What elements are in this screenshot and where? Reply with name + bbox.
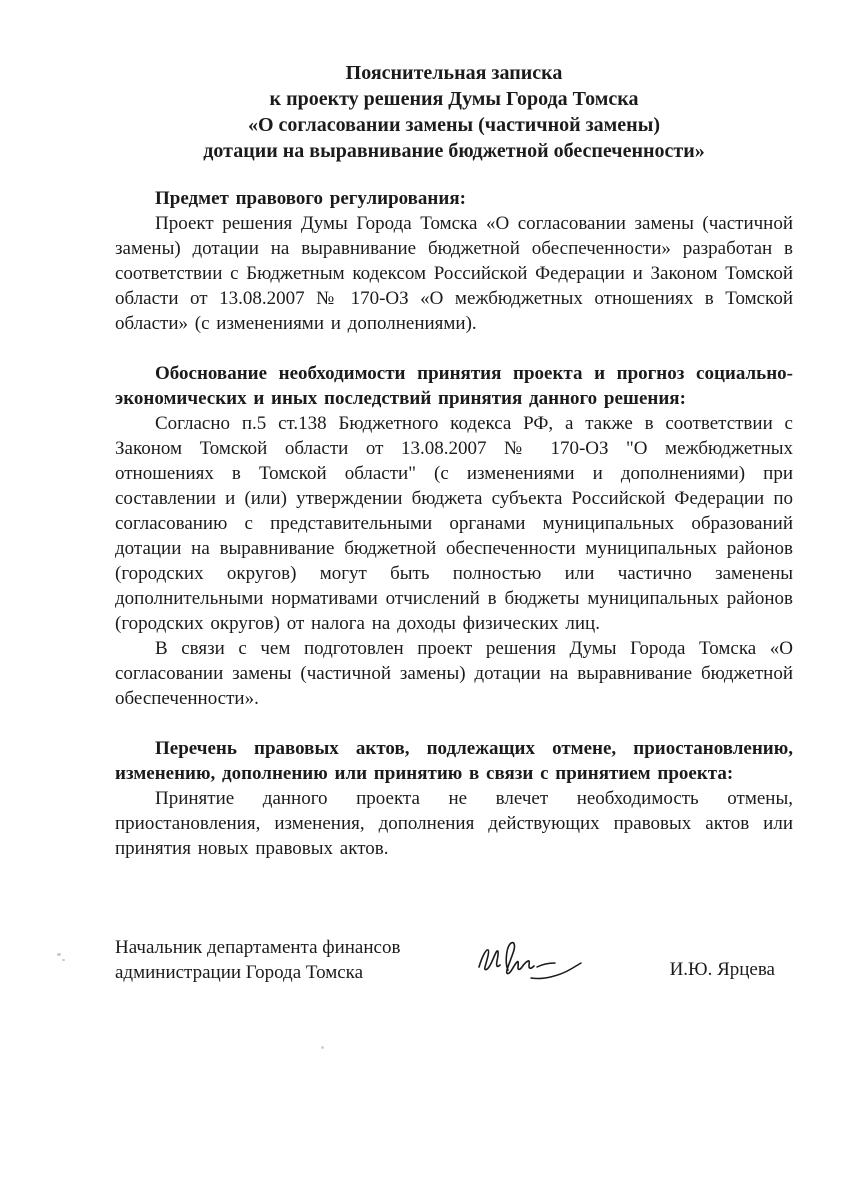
title-line-2: к проекту решения Думы Города Томска [115,86,793,112]
title-line-1: Пояснительная записка [115,60,793,86]
paragraph: Принятие данного проекта не влечет необх… [115,786,793,861]
title-line-3: «О согласовании замены (частичной замены… [115,112,793,138]
paragraph: Согласно п.5 ст.138 Бюджетного кодекса Р… [115,411,793,636]
scan-speck [154,970,157,973]
signature-block: Начальник департамента финансов админист… [115,935,793,985]
section-heading: Перечень правовых актов, подлежащих отме… [115,736,793,786]
document-page: Пояснительная записка к проекту решения … [0,0,850,1202]
title-line-4: дотации на выравнивание бюджетной обеспе… [115,138,793,164]
signatory-position-line-1: Начальник департамента финансов [115,935,400,960]
section-subject-of-regulation: Предмет правового регулирования: Проект … [115,186,793,336]
document-title: Пояснительная записка к проекту решения … [115,60,793,164]
paragraph: Проект решения Думы Города Томска «О сог… [115,211,793,336]
paragraph: В связи с чем подготовлен проект решения… [115,636,793,711]
signatory-position: Начальник департамента финансов админист… [115,935,400,985]
section-heading: Обоснование необходимости принятия проек… [115,361,793,411]
handwritten-signature-icon [400,937,669,985]
scan-speck [321,1046,324,1049]
signatory-name: И.Ю. Ярцева [670,957,793,982]
section-justification: Обоснование необходимости принятия проек… [115,361,793,711]
section-heading: Предмет правового регулирования: [115,186,793,211]
scan-speck [62,959,65,961]
scan-speck [57,953,61,956]
section-legal-acts-list: Перечень правовых актов, подлежащих отме… [115,736,793,861]
signatory-position-line-2: администрации Города Томска [115,960,400,985]
